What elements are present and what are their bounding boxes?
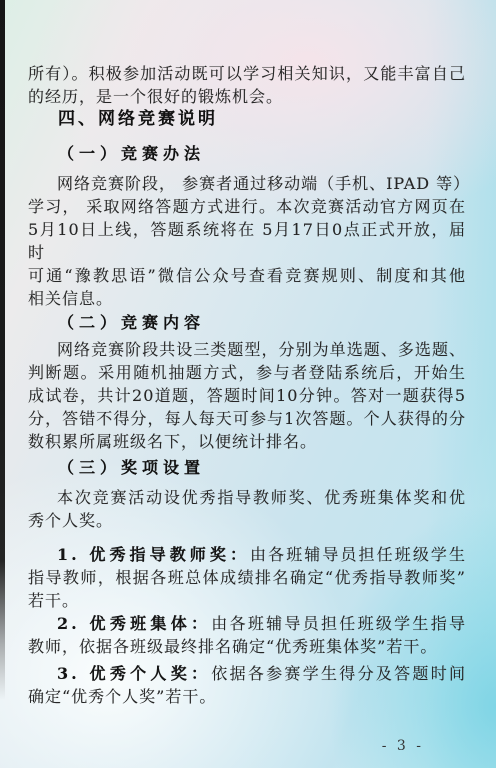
award-text: 依据各参赛学生得分及答题时间 — [211, 664, 466, 683]
text-line: 教师，依据各班级最终排名确定“优秀班集体奖”若干。 — [28, 635, 466, 658]
award-text: 由各班辅导员担任班级学生 — [250, 545, 466, 564]
text-line: 指导教师，根据各班总体成绩排名确定“优秀指导教师奖” — [28, 566, 466, 589]
section-heading: 四、网络竞赛说明 — [28, 108, 466, 131]
subsection-heading: （一）竞赛办法 — [28, 142, 466, 165]
award-label: 2. 优秀班集体： — [57, 614, 211, 633]
text-line: 可通“豫教思语”微信公众号查看竞赛规则、制度和其他 — [28, 264, 466, 287]
paragraph: 网络竞赛阶段， 参赛者通过移动端（手机、IPAD 等） 学习， 采取网络答题方式… — [28, 172, 466, 310]
subsection-awards: （三）奖项设置 本次竞赛活动设优秀指导教师奖、优秀班集体奖和优 秀个人奖。 1.… — [28, 456, 466, 708]
text-line: 网络竞赛阶段共设三类题型，分别为单选题、多选题、 — [28, 338, 466, 361]
text-line: 1. 优秀指导教师奖：由各班辅导员担任班级学生 — [28, 543, 466, 566]
text-line: 数积累所属班级名下，以便统计排名。 — [28, 430, 466, 453]
award-label: 3. 优秀个人奖： — [57, 664, 211, 683]
text-line: 网络竞赛阶段， 参赛者通过移动端（手机、IPAD 等） — [28, 172, 466, 195]
award-item-class: 2. 优秀班集体：由各班辅导员担任班级学生指导 教师，依据各班级最终排名确定“优… — [28, 612, 466, 658]
paragraph: 本次竞赛活动设优秀指导教师奖、优秀班集体奖和优 秀个人奖。 — [28, 486, 466, 532]
page-number: - 3 - — [28, 735, 466, 758]
subsection-heading: （三）奖项设置 — [28, 456, 466, 479]
intro-paragraph: 所有）。积极参加活动既可以学习相关知识，又能丰富自己 的经历，是一个很好的锻炼机… — [28, 62, 466, 108]
award-label: 1. 优秀指导教师奖： — [57, 545, 250, 564]
text-line: 判断题。采用随机抽题方式，参与者登陆系统后，开始生 — [28, 361, 466, 384]
text-line: 相关信息。 — [28, 287, 466, 310]
document-content: 所有）。积极参加活动既可以学习相关知识，又能丰富自己 的经历，是一个很好的锻炼机… — [28, 62, 466, 758]
paragraph: 网络竞赛阶段共设三类题型，分别为单选题、多选题、 判断题。采用随机抽题方式，参与… — [28, 338, 466, 453]
text-line: 本次竞赛活动设优秀指导教师奖、优秀班集体奖和优 — [28, 486, 466, 509]
text-line: 5月10日上线，答题系统将在 5月17日0点正式开放，届时 — [28, 218, 466, 264]
subsection-competition-method: （一）竞赛办法 网络竞赛阶段， 参赛者通过移动端（手机、IPAD 等） 学习， … — [28, 142, 466, 310]
text-line: 3. 优秀个人奖：依据各参赛学生得分及答题时间 — [28, 662, 466, 685]
award-item-teacher: 1. 优秀指导教师奖：由各班辅导员担任班级学生 指导教师，根据各班总体成绩排名确… — [28, 543, 466, 612]
text-line: 若干。 — [28, 589, 466, 612]
text-line: 2. 优秀班集体：由各班辅导员担任班级学生指导 — [28, 612, 466, 635]
text-line: 学习， 采取网络答题方式进行。本次竞赛活动官方网页在 — [28, 195, 466, 218]
scan-edge-shadow — [0, 0, 5, 700]
subsection-competition-content: （二）竞赛内容 网络竞赛阶段共设三类题型，分别为单选题、多选题、 判断题。采用随… — [28, 311, 466, 453]
text-line: 分，答错不得分，每人每天可参与1次答题。个人获得的分 — [28, 407, 466, 430]
subsection-heading: （二）竞赛内容 — [28, 311, 466, 334]
scanned-document-page: 所有）。积极参加活动既可以学习相关知识，又能丰富自己 的经历，是一个很好的锻炼机… — [0, 0, 496, 768]
award-text: 由各班辅导员担任班级学生指导 — [211, 614, 466, 633]
text-line: 的经历，是一个很好的锻炼机会。 — [28, 85, 466, 108]
award-item-individual: 3. 优秀个人奖：依据各参赛学生得分及答题时间 确定“优秀个人奖”若干。 — [28, 662, 466, 708]
text-line: 确定“优秀个人奖”若干。 — [28, 685, 466, 708]
text-line: 所有）。积极参加活动既可以学习相关知识，又能丰富自己 — [28, 62, 466, 85]
text-line: 秀个人奖。 — [28, 509, 466, 532]
text-line: 成试卷，共计20道题，答题时间10分钟。答对一题获得5 — [28, 384, 466, 407]
